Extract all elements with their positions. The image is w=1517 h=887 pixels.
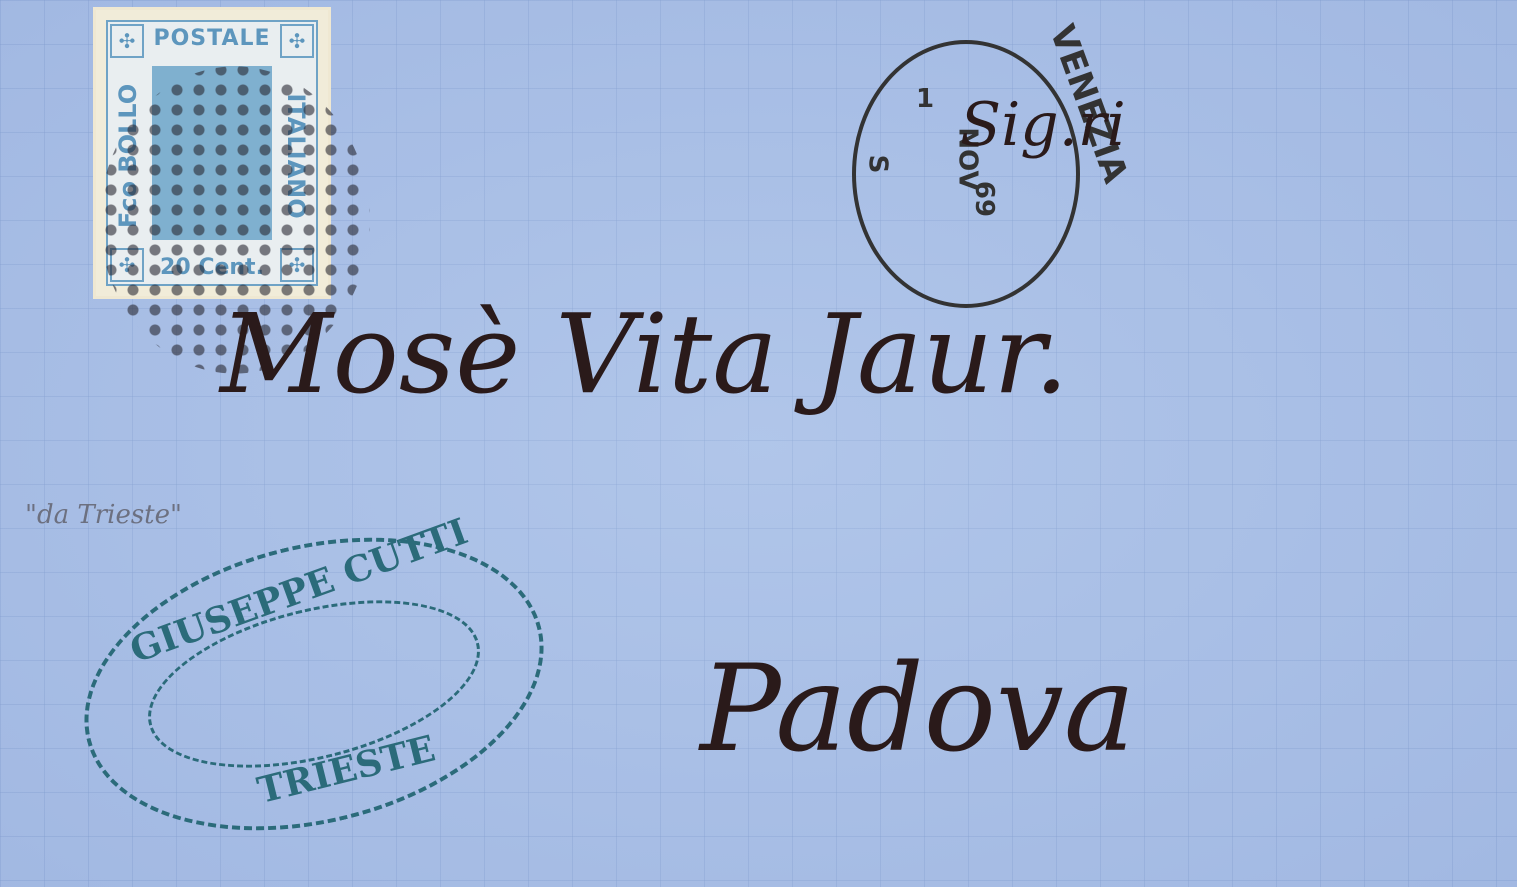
recipient-name: Mosè Vita Jaur. [220, 290, 1069, 418]
corner-ornament-icon: ✣ [280, 24, 314, 58]
postmark-suffix: S [862, 155, 892, 174]
salutation: Sig.ri [960, 90, 1126, 160]
pencil-note: "da Trieste" [25, 500, 182, 530]
postmark-year: 69 [969, 181, 999, 217]
postmark-day: 1 [916, 84, 934, 114]
venezia-postmark: VENEZIA 1 NOV 69 S [852, 40, 1080, 308]
destination-city: Padova [700, 640, 1135, 779]
stamp-top-text: POSTALE [152, 26, 272, 51]
corner-ornament-icon: ✣ [110, 24, 144, 58]
